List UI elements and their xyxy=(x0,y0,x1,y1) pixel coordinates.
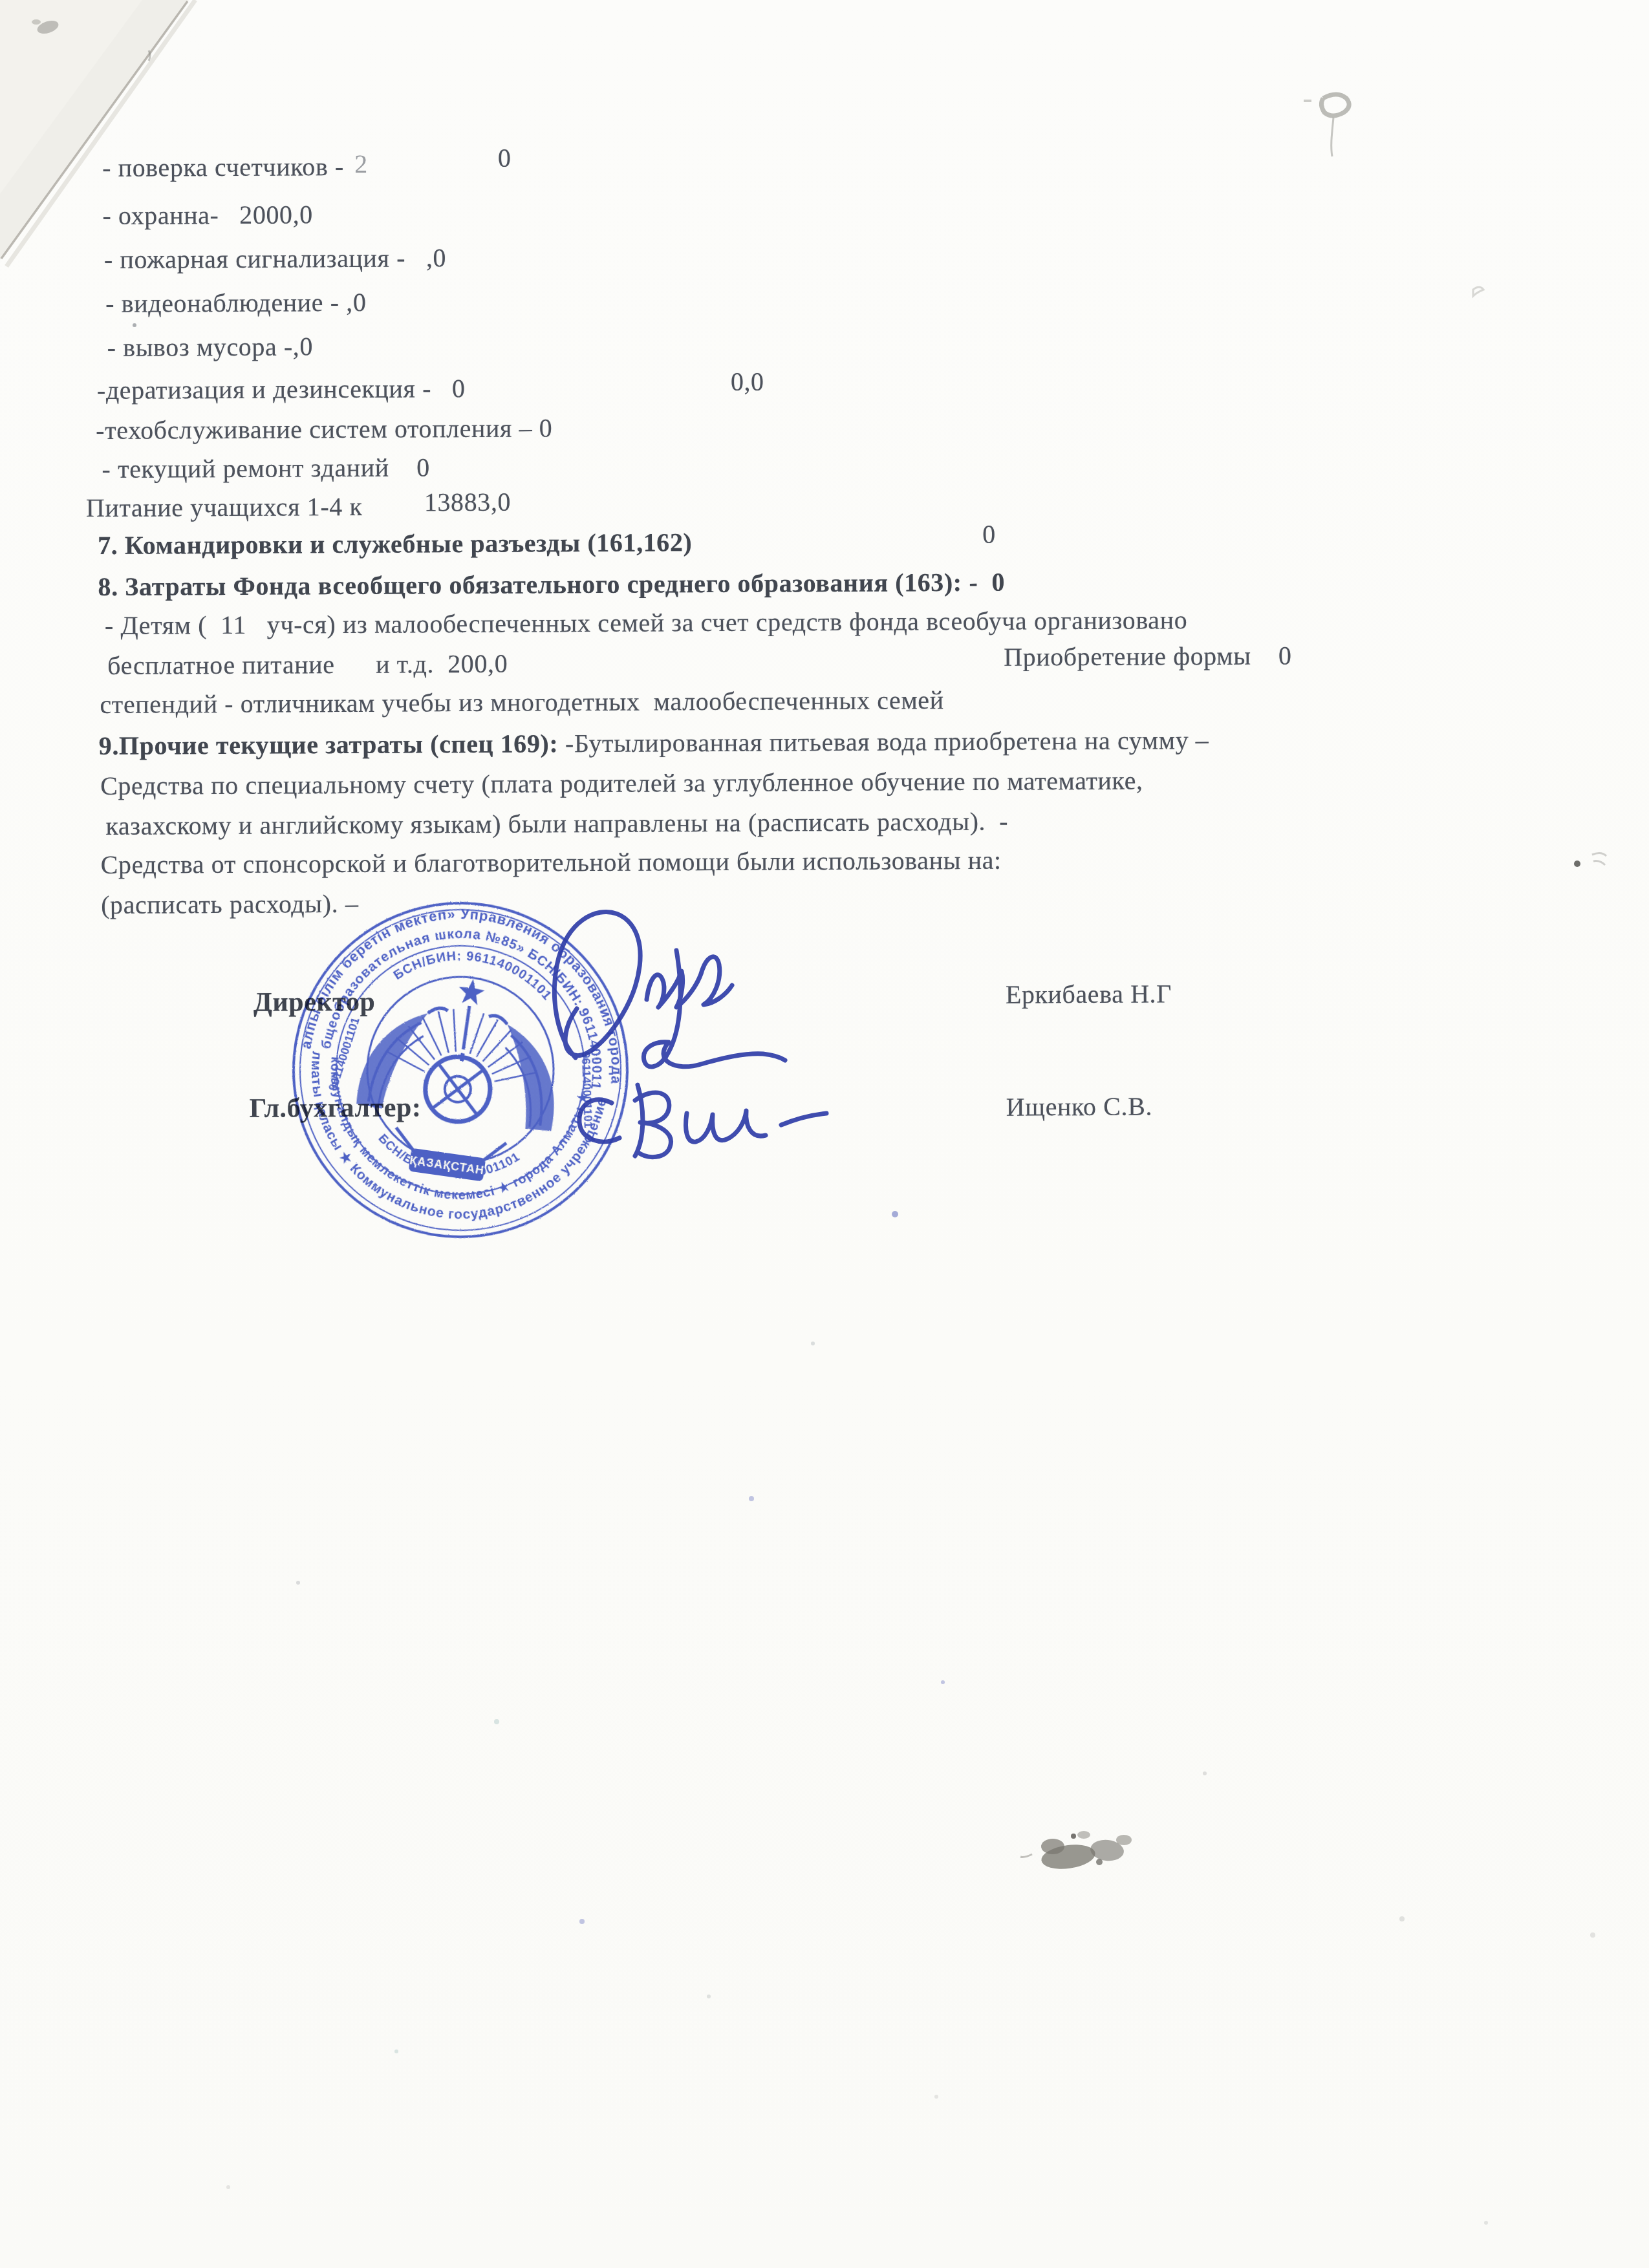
line-musor: - вывоз мусора -,0 xyxy=(107,331,313,363)
line-detyam: - Детям ( 11 уч-ся) из малообеспеченных … xyxy=(105,604,1188,641)
value-pitanie: 13883,0 xyxy=(424,487,511,518)
line-deratizacia: -дератизация и дезинсекция - 0 xyxy=(97,373,466,405)
line-prochie-header: 9.Прочие текущие затраты (спец 169): xyxy=(99,729,559,760)
scanned-report-page: { "document": { "lines": [ {"text": "- п… xyxy=(0,0,1649,2268)
wing-left-icon xyxy=(356,998,448,1116)
line-ohranna: - охранна- 2000,0 xyxy=(102,199,313,231)
line-prochie: 9.Прочие текущие затраты (спец 169): -Бу… xyxy=(99,725,1209,761)
line-stipendii: степендий - отличникам учебы из многодет… xyxy=(100,685,943,720)
coat-of-arms: ҚАЗАҚСТАН xyxy=(348,965,571,1190)
value-komandirovki: 0 xyxy=(982,519,996,550)
line-fond: 8. Затраты Фонда всеобщего обязательного… xyxy=(98,567,1005,602)
line-prochie-rest: -Бутылированная питьевая вода приобретен… xyxy=(558,725,1209,758)
value-poverka-partial: 2 xyxy=(354,149,368,179)
value-forma: Приобретение формы 0 xyxy=(1004,640,1292,672)
accountant-name: Ищенко С.В. xyxy=(1006,1091,1152,1122)
line-video: - видеонаблюдение - ,0 xyxy=(105,287,366,319)
line-sponsorskaya: Средства от спонсорской и благотворитель… xyxy=(101,845,1002,880)
value-poverka: 0 xyxy=(498,143,512,173)
line-komandirovki: 7. Командировки и служебные разъезды (16… xyxy=(98,527,692,561)
line-pitanie: Питание учащихся 1-4 к xyxy=(86,491,363,523)
stamp-side-right: 961140001101 xyxy=(579,1051,595,1128)
value-deratizacia: 0,0 xyxy=(731,367,764,397)
line-specschet: Средства по специальному счету (плата ро… xyxy=(100,765,1143,801)
line-yazyki: казахскому и английскому языкам) были на… xyxy=(105,806,1008,841)
official-stamp: «№85 жалпы білім беретін мектеп» Управле… xyxy=(263,873,658,1267)
star-icon xyxy=(457,978,486,1006)
line-besplatnoe: бесплатное питание и т.д. 200,0 xyxy=(107,648,508,681)
line-remont: - текущий ремонт зданий 0 xyxy=(102,452,429,484)
line-pozharnaya: - пожарная сигнализация - ,0 xyxy=(104,242,446,275)
report-body: - поверка счетчиков - 2 0 - охранна- 200… xyxy=(0,0,1649,2268)
line-poverka: - поверка счетчиков - xyxy=(102,151,351,183)
director-name: Еркибаева Н.Г xyxy=(1006,978,1172,1009)
line-tehobsluzhivanie: -техобслуживание систем отопления – 0 xyxy=(96,412,552,445)
